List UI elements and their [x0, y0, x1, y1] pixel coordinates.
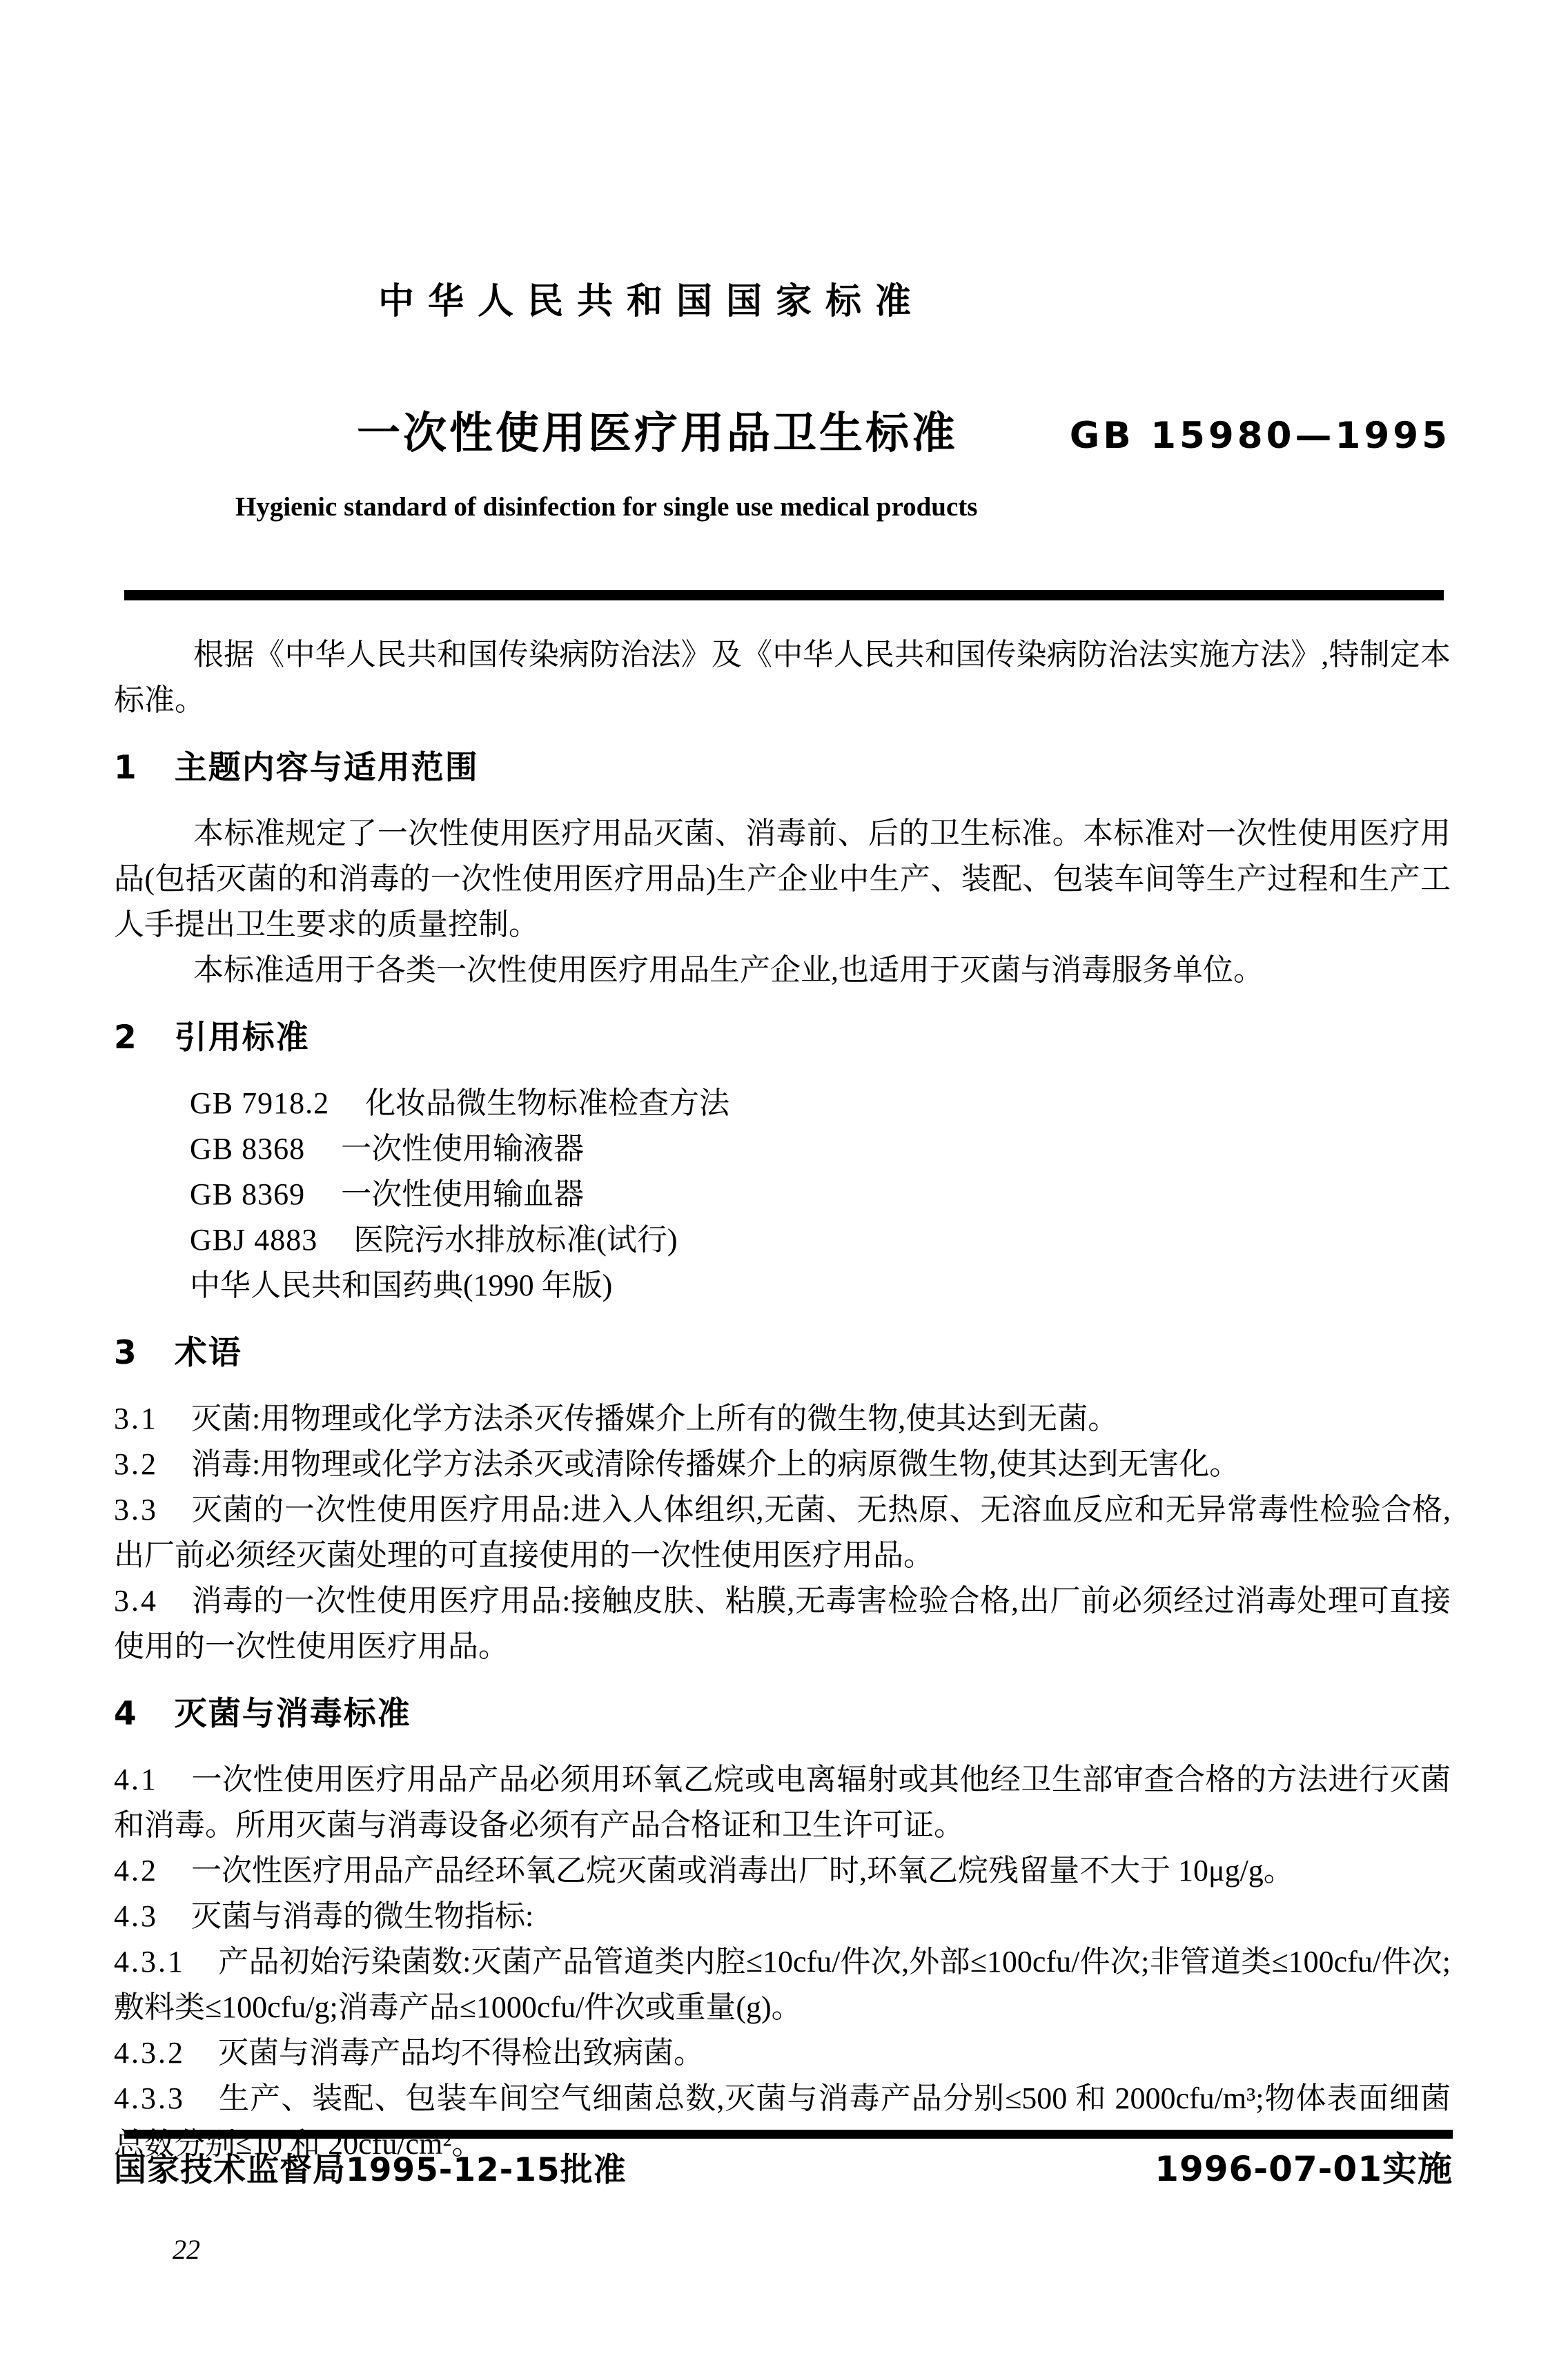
clause: 4.1一次性使用医疗用品产品必须用环氧乙烷或电离辐射或其他经卫生部审查合格的方法… — [114, 1757, 1451, 1848]
section-1-heading: 1主题内容与适用范围 — [114, 747, 1451, 789]
clause-number: 3.3 — [114, 1493, 158, 1527]
approval-text: 国家技术监督局1995-12-15批准 — [114, 2144, 627, 2190]
clause-number: 3.4 — [114, 1584, 158, 1618]
reference-list: GB 7918.2化妆品微生物标准检查方法 GB 8368一次性使用输液器 GB… — [190, 1081, 1451, 1308]
clause-text: 灭菌:用物理或化学方法杀灭传播媒介上所有的微生物,使其达到无菌。 — [191, 1402, 1118, 1435]
implementation-text: 1996-07-01实施 — [1155, 2141, 1453, 2191]
reference-code: GBJ 4883 — [190, 1223, 317, 1257]
clause-number: 4.2 — [114, 1854, 158, 1887]
section-2-heading: 2引用标准 — [114, 1017, 1451, 1059]
header-rule — [124, 590, 1444, 600]
reference-title: 医院污水排放标准(试行) — [353, 1223, 677, 1257]
title-row: 一次性使用医疗用品卫生标准 GB 15980—1995 — [357, 406, 1451, 460]
clause-number: 3.1 — [114, 1402, 158, 1435]
clause: 3.2消毒:用物理或化学方法杀灭或清除传播媒介上的病原微生物,使其达到无害化。 — [114, 1442, 1451, 1487]
document-title: 一次性使用医疗用品卫生标准 — [357, 406, 958, 460]
section-1-title: 主题内容与适用范围 — [175, 749, 479, 787]
section-1-paragraph-1: 本标准规定了一次性使用医疗用品灭菌、消毒前、后的卫生标准。本标准对一次性使用医疗… — [114, 811, 1451, 948]
clause-number: 4.3.3 — [114, 2081, 185, 2115]
clause-text: 一次性医疗用品产品经环氧乙烷灭菌或消毒出厂时,环氧乙烷残留量不大于 10μg/g… — [191, 1854, 1294, 1887]
reference-code: GB 7918.2 — [190, 1086, 329, 1120]
section-3-number: 3 — [114, 1334, 137, 1372]
reference-title: 中华人民共和国药典(1990 年版) — [190, 1268, 612, 1302]
clause: 4.3.2灭菌与消毒产品均不得检出致病菌。 — [114, 2030, 1451, 2076]
clause: 4.3.1产品初始污染菌数:灭菌产品管道类内腔≤10cfu/件次,外部≤100c… — [114, 1939, 1451, 2030]
clause-text: 一次性使用医疗用品产品必须用环氧乙烷或电离辐射或其他经卫生部审查合格的方法进行灭… — [114, 1763, 1451, 1842]
reference-item: GBJ 4883医院污水排放标准(试行) — [190, 1217, 1451, 1263]
clause: 3.3灭菌的一次性使用医疗用品:进入人体组织,无菌、无热原、无溶血反应和无异常毒… — [114, 1487, 1451, 1578]
clause: 4.3灭菌与消毒的微生物指标: — [114, 1894, 1451, 1939]
clause-text: 灭菌与消毒的微生物指标: — [191, 1899, 533, 1933]
reference-title: 一次性使用输液器 — [341, 1132, 584, 1166]
reference-item: 中华人民共和国药典(1990 年版) — [190, 1263, 1451, 1308]
clause-text: 消毒:用物理或化学方法杀灭或清除传播媒介上的病原微生物,使其达到无害化。 — [191, 1447, 1239, 1481]
footer-row: 国家技术监督局1995-12-15批准 1996-07-01实施 — [114, 2141, 1453, 2191]
section-4-heading: 4灭菌与消毒标准 — [114, 1694, 1451, 1735]
section-3-title: 术语 — [175, 1334, 242, 1372]
clause: 4.2一次性医疗用品产品经环氧乙烷灭菌或消毒出厂时,环氧乙烷残留量不大于 10μ… — [114, 1848, 1451, 1894]
reference-code: GB 8369 — [190, 1177, 305, 1211]
clause-number: 3.2 — [114, 1447, 158, 1481]
clause-number: 4.3 — [114, 1899, 158, 1933]
page-number: 22 — [173, 2233, 200, 2266]
reference-item: GB 8368一次性使用输液器 — [190, 1126, 1451, 1172]
section-1-paragraph-2: 本标准适用于各类一次性使用医疗用品生产企业,也适用于灭菌与消毒服务单位。 — [114, 948, 1451, 993]
clause-text: 消毒的一次性使用医疗用品:接触皮肤、粘膜,无毒害检验合格,出厂前必须经过消毒处理… — [114, 1584, 1451, 1663]
section-4-title: 灭菌与消毒标准 — [175, 1695, 411, 1733]
clause-number: 4.3.2 — [114, 2036, 185, 2070]
section-4-number: 4 — [114, 1695, 137, 1733]
standard-label: 中华人民共和国国家标准 — [378, 281, 1451, 322]
document-title-english: Hygienic standard of disinfection for si… — [235, 491, 1451, 524]
section-1-number: 1 — [114, 749, 137, 787]
clause: 3.1灭菌:用物理或化学方法杀灭传播媒介上所有的微生物,使其达到无菌。 — [114, 1396, 1451, 1442]
reference-title: 一次性使用输血器 — [341, 1177, 584, 1211]
intro-paragraph: 根据《中华人民共和国传染病防治法》及《中华人民共和国传染病防治法实施方法》,特制… — [114, 632, 1451, 723]
clause-number: 4.3.1 — [114, 1945, 185, 1979]
section-2-number: 2 — [114, 1019, 137, 1057]
reference-item: GB 8369一次性使用输血器 — [190, 1172, 1451, 1217]
clause-number: 4.1 — [114, 1763, 158, 1796]
section-3-heading: 3术语 — [114, 1333, 1451, 1374]
reference-item: GB 7918.2化妆品微生物标准检查方法 — [190, 1081, 1451, 1126]
document-page: 中华人民共和国国家标准 一次性使用医疗用品卫生标准 GB 15980—1995 … — [0, 0, 1568, 2354]
standard-code: GB 15980—1995 — [1070, 415, 1451, 457]
clause: 3.4消毒的一次性使用医疗用品:接触皮肤、粘膜,无毒害检验合格,出厂前必须经过消… — [114, 1578, 1451, 1669]
section-2-title: 引用标准 — [175, 1019, 310, 1057]
clause-text: 灭菌的一次性使用医疗用品:进入人体组织,无菌、无热原、无溶血反应和无异常毒性检验… — [114, 1493, 1451, 1572]
clause-text: 灭菌与消毒产品均不得检出致病菌。 — [218, 2036, 704, 2070]
clause-text: 产品初始污染菌数:灭菌产品管道类内腔≤10cfu/件次,外部≤100cfu/件次… — [114, 1945, 1451, 2024]
footer-rule — [124, 2130, 1453, 2139]
reference-title: 化妆品微生物标准检查方法 — [365, 1086, 729, 1120]
reference-code: GB 8368 — [190, 1132, 305, 1166]
